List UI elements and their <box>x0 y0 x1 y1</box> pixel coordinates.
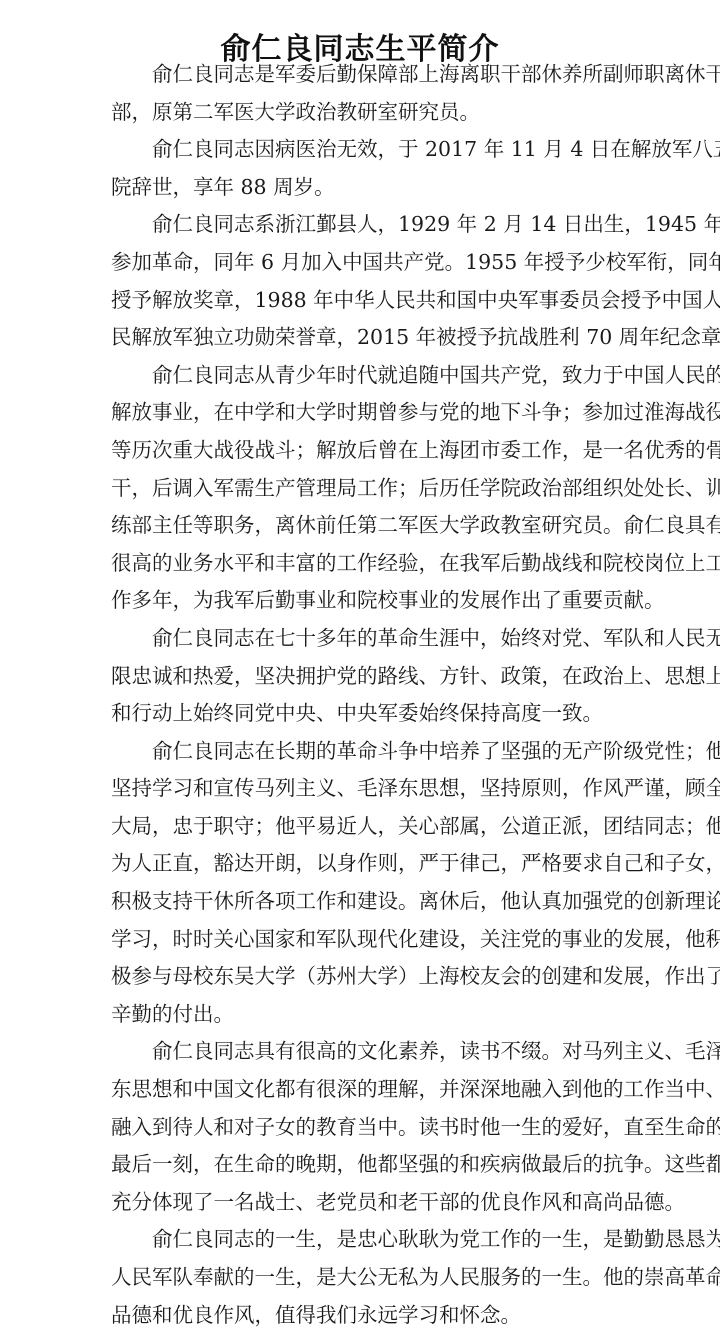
paragraph: 俞仁良同志在长期的革命斗争中培养了坚强的无产阶级党性；他坚持学习和宣传马列主义、… <box>111 733 617 1034</box>
paragraph-line: 俞仁良同志的一生，是忠心耿耿为党工作的一生，是勤勤恳恳为 <box>111 1221 617 1259</box>
paragraph-line: 很高的业务水平和丰富的工作经验，在我军后勤战线和院校岗位上工 <box>111 545 617 583</box>
paragraph-line: 俞仁良同志因病医治无效，于 2017 年 11 月 4 日在解放军八五医 <box>111 131 617 169</box>
paragraph-line: 练部主任等职务，离休前任第二军医大学政教室研究员。俞仁良具有 <box>111 507 617 545</box>
paragraph-line: 解放事业，在中学和大学时期曾参与党的地下斗争；参加过淮海战役 <box>111 394 617 432</box>
paragraph-line: 品德和优良作风，值得我们永远学习和怀念。 <box>111 1297 617 1331</box>
paragraph-line: 融入到待人和对子女的教育当中。读书时他一生的爱好，直至生命的 <box>111 1109 617 1147</box>
paragraph-line: 作多年，为我军后勤事业和院校事业的发展作出了重要贡献。 <box>111 582 617 620</box>
paragraph-line: 等历次重大战役战斗；解放后曾在上海团市委工作，是一名优秀的骨 <box>111 432 617 470</box>
paragraph-line: 俞仁良同志是军委后勤保障部上海离职干部休养所副师职离休干 <box>111 56 617 94</box>
paragraph-line: 极参与母校东吴大学（苏州大学）上海校友会的创建和发展，作出了 <box>111 958 617 996</box>
paragraph: 俞仁良同志从青少年时代就追随中国共产党，致力于中国人民的解放事业，在中学和大学时… <box>111 357 617 620</box>
paragraph-line: 限忠诚和热爱，坚决拥护党的路线、方针、政策，在政治上、思想上 <box>111 658 617 696</box>
paragraph: 俞仁良同志在七十多年的革命生涯中，始终对党、军队和人民无限忠诚和热爱，坚决拥护党… <box>111 620 617 733</box>
paragraph-line: 授予解放奖章，1988 年中华人民共和国中央军事委员会授予中国人 <box>111 282 617 320</box>
paragraph-line: 最后一刻，在生命的晚期，他都坚强的和疾病做最后的抗争。这些都 <box>111 1146 617 1184</box>
paragraph-line: 院辞世，享年 88 周岁。 <box>111 169 617 207</box>
paragraph: 俞仁良同志具有很高的文化素养，读书不缀。对马列主义、毛泽东思想和中国文化都有很深… <box>111 1033 617 1221</box>
paragraph: 俞仁良同志的一生，是忠心耿耿为党工作的一生，是勤勤恳恳为人民军队奉献的一生，是大… <box>111 1221 617 1331</box>
paragraph-line: 积极支持干休所各项工作和建设。离休后，他认真加强党的创新理论 <box>111 883 617 921</box>
paragraph: 俞仁良同志因病医治无效，于 2017 年 11 月 4 日在解放军八五医院辞世，… <box>111 131 617 206</box>
paragraph-line: 俞仁良同志从青少年时代就追随中国共产党，致力于中国人民的 <box>111 357 617 395</box>
paragraph-line: 干，后调入军需生产管理局工作；后历任学院政治部组织处处长、训 <box>111 470 617 508</box>
paragraph-line: 学习，时时关心国家和军队现代化建设，关注党的事业的发展，他积 <box>111 921 617 959</box>
paragraph-line: 为人正直，豁达开朗，以身作则，严于律己，严格要求自己和子女， <box>111 845 617 883</box>
paragraph-line: 俞仁良同志在七十多年的革命生涯中，始终对党、军队和人民无 <box>111 620 617 658</box>
paragraph-line: 民解放军独立功勋荣誉章，2015 年被授予抗战胜利 70 周年纪念章。 <box>111 319 617 357</box>
document-body: 俞仁良同志是军委后勤保障部上海离职干部休养所副师职离休干部，原第二军医大学政治教… <box>111 56 617 1331</box>
paragraph: 俞仁良同志系浙江鄞县人，1929 年 2 月 14 日出生，1945 年 6 月… <box>111 206 617 356</box>
paragraph-line: 充分体现了一名战士、老党员和老干部的优良作风和高尚品德。 <box>111 1184 617 1222</box>
paragraph-line: 俞仁良同志在长期的革命斗争中培养了坚强的无产阶级党性；他 <box>111 733 617 771</box>
paragraph-line: 参加革命，同年 6 月加入中国共产党。1955 年授予少校军衔，同年 <box>111 244 617 282</box>
paragraph-line: 和行动上始终同党中央、中央军委始终保持高度一致。 <box>111 695 617 733</box>
paragraph-line: 大局，忠于职守；他平易近人，关心部属，公道正派，团结同志；他 <box>111 808 617 846</box>
paragraph-line: 东思想和中国文化都有很深的理解，并深深地融入到他的工作当中、 <box>111 1071 617 1109</box>
paragraph-line: 部，原第二军医大学政治教研室研究员。 <box>111 94 617 132</box>
paragraph: 俞仁良同志是军委后勤保障部上海离职干部休养所副师职离休干部，原第二军医大学政治教… <box>111 56 617 131</box>
paragraph-line: 人民军队奉献的一生，是大公无私为人民服务的一生。他的崇高革命 <box>111 1259 617 1297</box>
paragraph-line: 辛勤的付出。 <box>111 996 617 1034</box>
paragraph-line: 俞仁良同志具有很高的文化素养，读书不缀。对马列主义、毛泽 <box>111 1033 617 1071</box>
paragraph-line: 俞仁良同志系浙江鄞县人，1929 年 2 月 14 日出生，1945 年 6 月 <box>111 206 617 244</box>
paragraph-line: 坚持学习和宣传马列主义、毛泽东思想，坚持原则，作风严谨，顾全 <box>111 770 617 808</box>
